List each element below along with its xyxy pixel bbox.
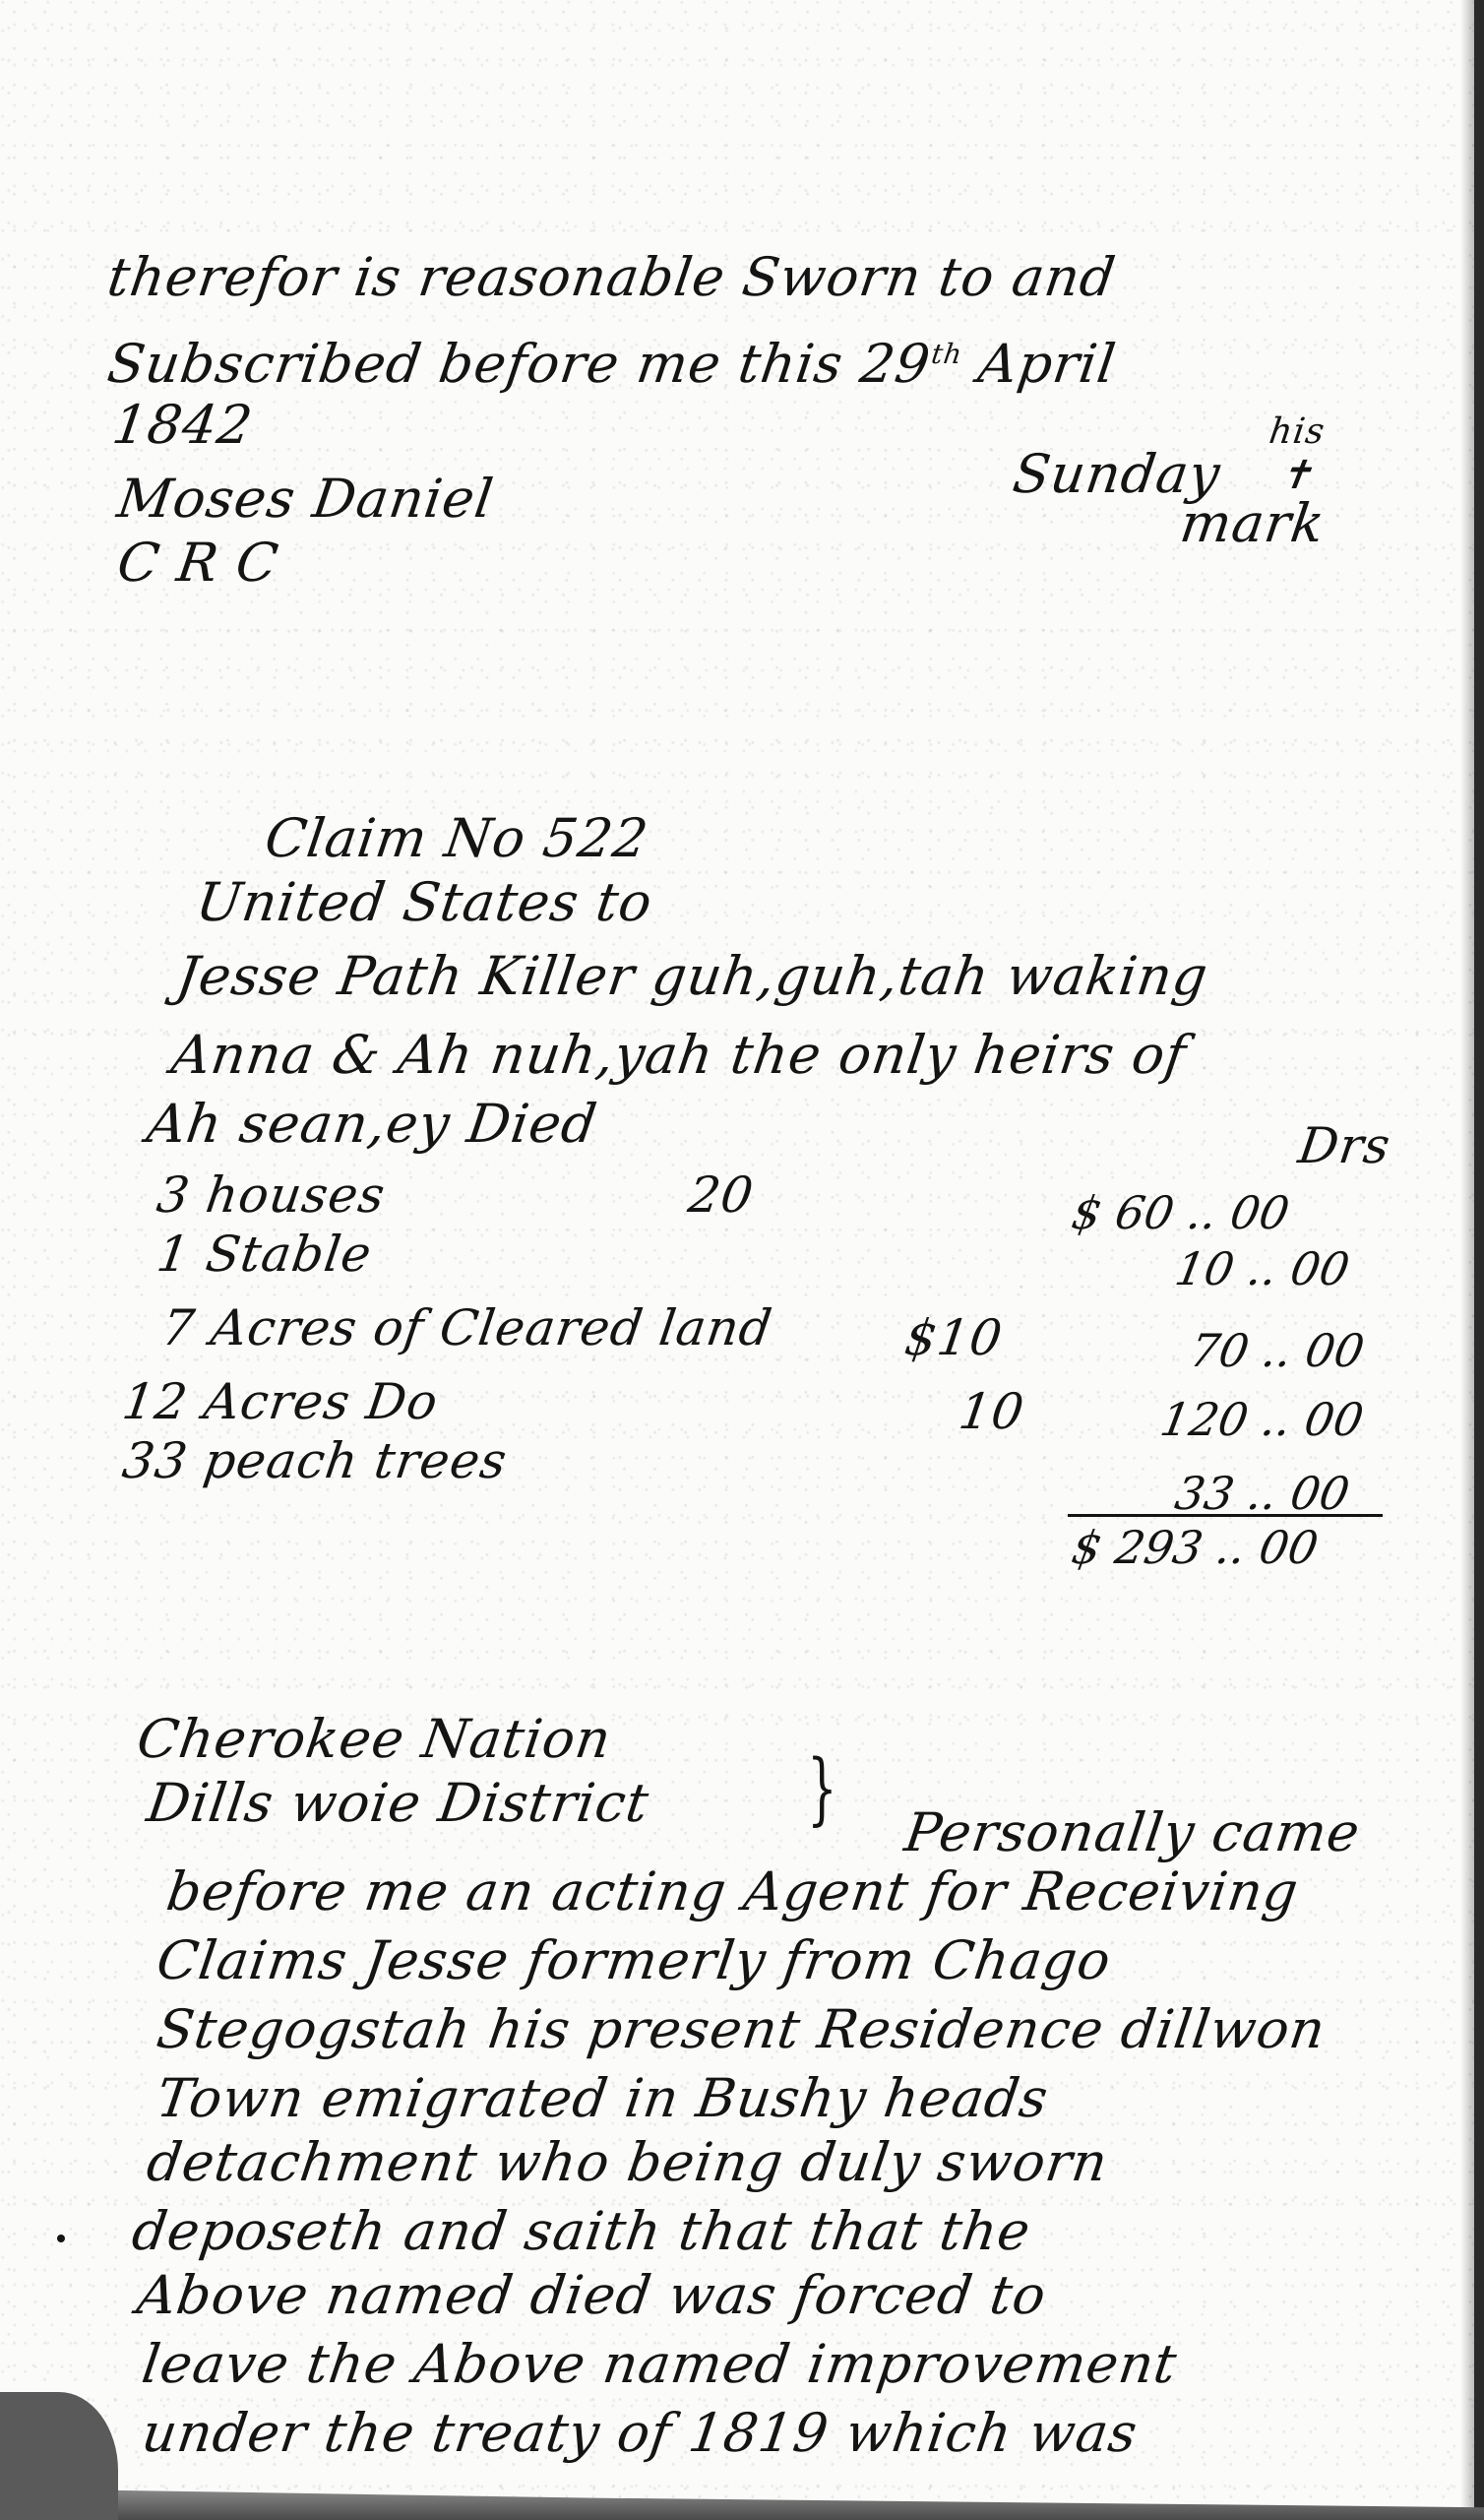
claimants-line-1: Jesse Path Killer guh,guh,tah waking: [173, 945, 1212, 1007]
item-rate: 20: [685, 1166, 758, 1224]
deposition-line-10: under the treaty of 1819 which was: [139, 2402, 1142, 2464]
item-amount: $ 60 .. 00: [1068, 1186, 1293, 1239]
brace-icon: }: [807, 1742, 837, 1834]
venue-line-2: Dills woie District: [144, 1772, 653, 1834]
item-description: Acres of Cleared land: [208, 1299, 776, 1356]
item-description: Stable: [203, 1226, 376, 1283]
item-amount: 70 .. 00: [1186, 1324, 1368, 1377]
claim-header: Claim No 522: [262, 807, 652, 869]
item-description: peach trees: [200, 1432, 510, 1489]
item-row: 1 Stable: [154, 1226, 376, 1283]
venue-line-1: Cherokee Nation: [134, 1708, 616, 1770]
item-qty: 1: [154, 1226, 194, 1283]
item-amount: 120 .. 00: [1156, 1393, 1367, 1446]
item-row: 3 houses: [154, 1166, 389, 1224]
currency-header: Drs: [1295, 1117, 1394, 1174]
page-edge-shadow: [1460, 0, 1474, 2520]
oath-subscribed-text: Subscribed before me this 29: [104, 333, 935, 395]
deposition-line-4: Stegogstah his present Residence dillwon: [154, 1998, 1329, 2060]
scan-corner-shadow: [0, 2392, 118, 2520]
deposition-line-9: leave the Above named improvement: [139, 2333, 1182, 2395]
item-qty: 12: [119, 1373, 192, 1430]
item-row: 33 peach trees: [119, 1432, 511, 1489]
item-rate: $10: [901, 1309, 1007, 1366]
page-edge: [1474, 0, 1484, 2520]
margin-dot: [57, 2235, 65, 2242]
item-rate: 10: [956, 1383, 1028, 1440]
claimants-line-3: Ah sean,ey Died: [144, 1093, 601, 1155]
claim-total: $ 293 .. 00: [1068, 1521, 1322, 1574]
date-suffix: th: [929, 338, 964, 370]
date-month: April: [974, 333, 1120, 395]
signer-mark: mark: [1177, 492, 1329, 554]
scan-bottom-edge: [0, 2488, 1484, 2520]
item-qty: 3: [154, 1166, 194, 1224]
deposition-line-8: Above named died was forced to: [134, 2264, 1051, 2326]
item-qty: 7: [158, 1299, 199, 1356]
item-qty: 33: [119, 1432, 192, 1489]
signer-his: his: [1267, 411, 1328, 452]
item-amount: 10 .. 00: [1171, 1242, 1353, 1295]
item-description: Acres Do: [200, 1373, 442, 1430]
deposition-line-3: Claims Jesse formerly from Chago: [154, 1929, 1115, 1991]
deposition-line-2: before me an acting Agent for Receiving: [163, 1860, 1303, 1922]
item-amount: 33 .. 00: [1171, 1467, 1353, 1520]
total-rule: [1068, 1514, 1383, 1517]
document-page: therefor is reasonable Sworn to and Subs…: [0, 0, 1484, 2520]
item-description: houses: [203, 1166, 390, 1224]
deposition-line-6: detachment who being duly sworn: [144, 2131, 1112, 2193]
claim-payer: United States to: [193, 871, 656, 933]
deposition-line-1: Personally came: [901, 1801, 1365, 1863]
deposition-line-5: Town emigrated in Bushy heads: [154, 2067, 1053, 2129]
item-row: 7 Acres of Cleared land: [158, 1299, 776, 1356]
item-row: 12 Acres Do: [119, 1373, 442, 1430]
deposition-line-7: deposeth and saith that that the: [129, 2200, 1035, 2262]
claimants-line-2: Anna & Ah nuh,yah the only heirs of: [168, 1024, 1191, 1086]
officer-title: C R C: [114, 532, 282, 594]
oath-line-2: Subscribed before me this 29th April: [104, 333, 1121, 395]
oath-line-1: therefor is reasonable Sworn to and: [104, 246, 1120, 308]
oath-year: 1842: [109, 394, 257, 456]
officer-name: Moses Daniel: [114, 468, 498, 530]
